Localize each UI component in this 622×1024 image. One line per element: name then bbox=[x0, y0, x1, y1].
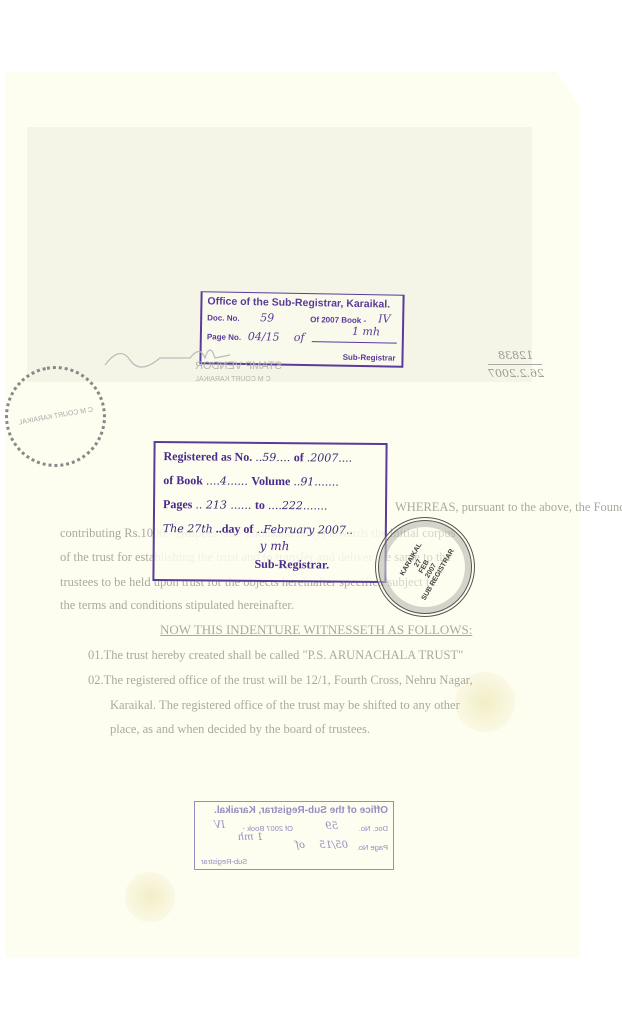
paper-stain bbox=[125, 872, 175, 922]
page-no-label: Page No. bbox=[357, 843, 388, 852]
book-value: IV bbox=[378, 312, 391, 325]
body-line-1: WHEREAS, pursuant to the above, the Foun… bbox=[395, 500, 622, 515]
date-row: The 27th ..day of ..February 2007.. bbox=[163, 521, 353, 538]
round-office-seal: KARAIKAL 27 FEB 2007 SUB REGISTRAR bbox=[375, 517, 475, 617]
clause-2-cont-2: place, as and when decided by the board … bbox=[110, 722, 370, 737]
page-no-value: 04/15 bbox=[248, 330, 280, 344]
doc-no-value: 59 bbox=[260, 311, 274, 324]
of-year-book-label: Of 2007 Book - bbox=[310, 315, 366, 325]
note-line2: 26.2.2007 bbox=[488, 367, 544, 380]
book-value: 4 bbox=[220, 475, 227, 488]
book-value: IV bbox=[214, 820, 225, 831]
handwritten-note-right: 12838 26.2.2007 bbox=[488, 349, 544, 380]
seal-text: KARAIKAL 27 FEB 2007 SUB REGISTRAR bbox=[394, 532, 456, 601]
of-label: of bbox=[294, 450, 304, 464]
of-label: of bbox=[295, 840, 305, 851]
pages-label: Pages bbox=[163, 497, 192, 511]
vendor-signature-icon bbox=[100, 340, 240, 370]
registered-no-value: 59 bbox=[262, 451, 276, 464]
note-rule bbox=[488, 364, 542, 365]
doc-no-value: 59 bbox=[325, 821, 338, 832]
signature: 1 mh bbox=[352, 325, 380, 338]
body-line-5: the terms and conditions stipulated here… bbox=[60, 598, 294, 613]
day-of-label: day of bbox=[222, 522, 254, 536]
pages-row: Pages .. 213 ...... to ....222....... bbox=[163, 497, 327, 513]
clause-2: 02.The registered office of the trust wi… bbox=[88, 673, 473, 688]
clause-1: 01.The trust hereby created shall be cal… bbox=[88, 648, 463, 663]
seal-text: C M COURT KARAIKAL bbox=[18, 406, 94, 426]
registration-stamp: Registered as No. ..59.... of .2007.... … bbox=[152, 441, 387, 583]
stamp-vendor-sublabel: C M COURT KARAIKAL bbox=[195, 376, 271, 383]
day-value: The 27th bbox=[163, 522, 213, 535]
signatory-label: Sub-Registrar bbox=[343, 353, 396, 363]
of-book-label: of Book bbox=[163, 473, 203, 487]
volume-value: 91 bbox=[300, 475, 314, 488]
page-no-value: 05/15 bbox=[319, 840, 348, 851]
signatory-label: Sub-Registrar. bbox=[254, 557, 329, 573]
registrar-signature: y mh bbox=[260, 539, 290, 553]
registered-as-row: Registered as No. ..59.... of .2007.... bbox=[163, 449, 352, 466]
signatory-label: Sub-Registrar bbox=[201, 857, 247, 866]
doc-no-label: Doc. No. bbox=[359, 824, 388, 833]
clause-2-cont-1: Karaikal. The registered office of the t… bbox=[110, 698, 460, 713]
to-label: to bbox=[255, 498, 265, 512]
office-stamp-bottom-mirrored: Office of the Sub-Registrar, Karaikal. D… bbox=[194, 801, 394, 870]
book-volume-row: of Book ....4...... Volume ..91....... bbox=[163, 473, 339, 490]
pages-from-value: 213 bbox=[206, 498, 227, 511]
stamp-office-title: Office of the Sub-Registrar, Karaikal. bbox=[207, 295, 390, 310]
signature-line bbox=[312, 341, 397, 343]
signature: 1 mh bbox=[238, 832, 263, 843]
month-year-value: February 2007 bbox=[263, 523, 346, 537]
doc-no-label: Doc. No. bbox=[207, 313, 240, 323]
stamp-vendor-subtext: C M COURT KARAIKAL bbox=[195, 376, 271, 383]
year-value: 2007 bbox=[310, 451, 338, 464]
registered-as-label: Registered as No. bbox=[163, 449, 252, 464]
of-label: of bbox=[294, 331, 305, 344]
stamp-office-title: Office of the Sub-Registrar, Karaikal. bbox=[214, 805, 388, 816]
volume-label: Volume bbox=[251, 474, 290, 488]
witnesseth-heading: NOW THIS INDENTURE WITNESSETH AS FOLLOWS… bbox=[160, 622, 472, 638]
pages-to-value: 222 bbox=[282, 499, 303, 512]
note-line1: 12838 bbox=[498, 349, 533, 362]
